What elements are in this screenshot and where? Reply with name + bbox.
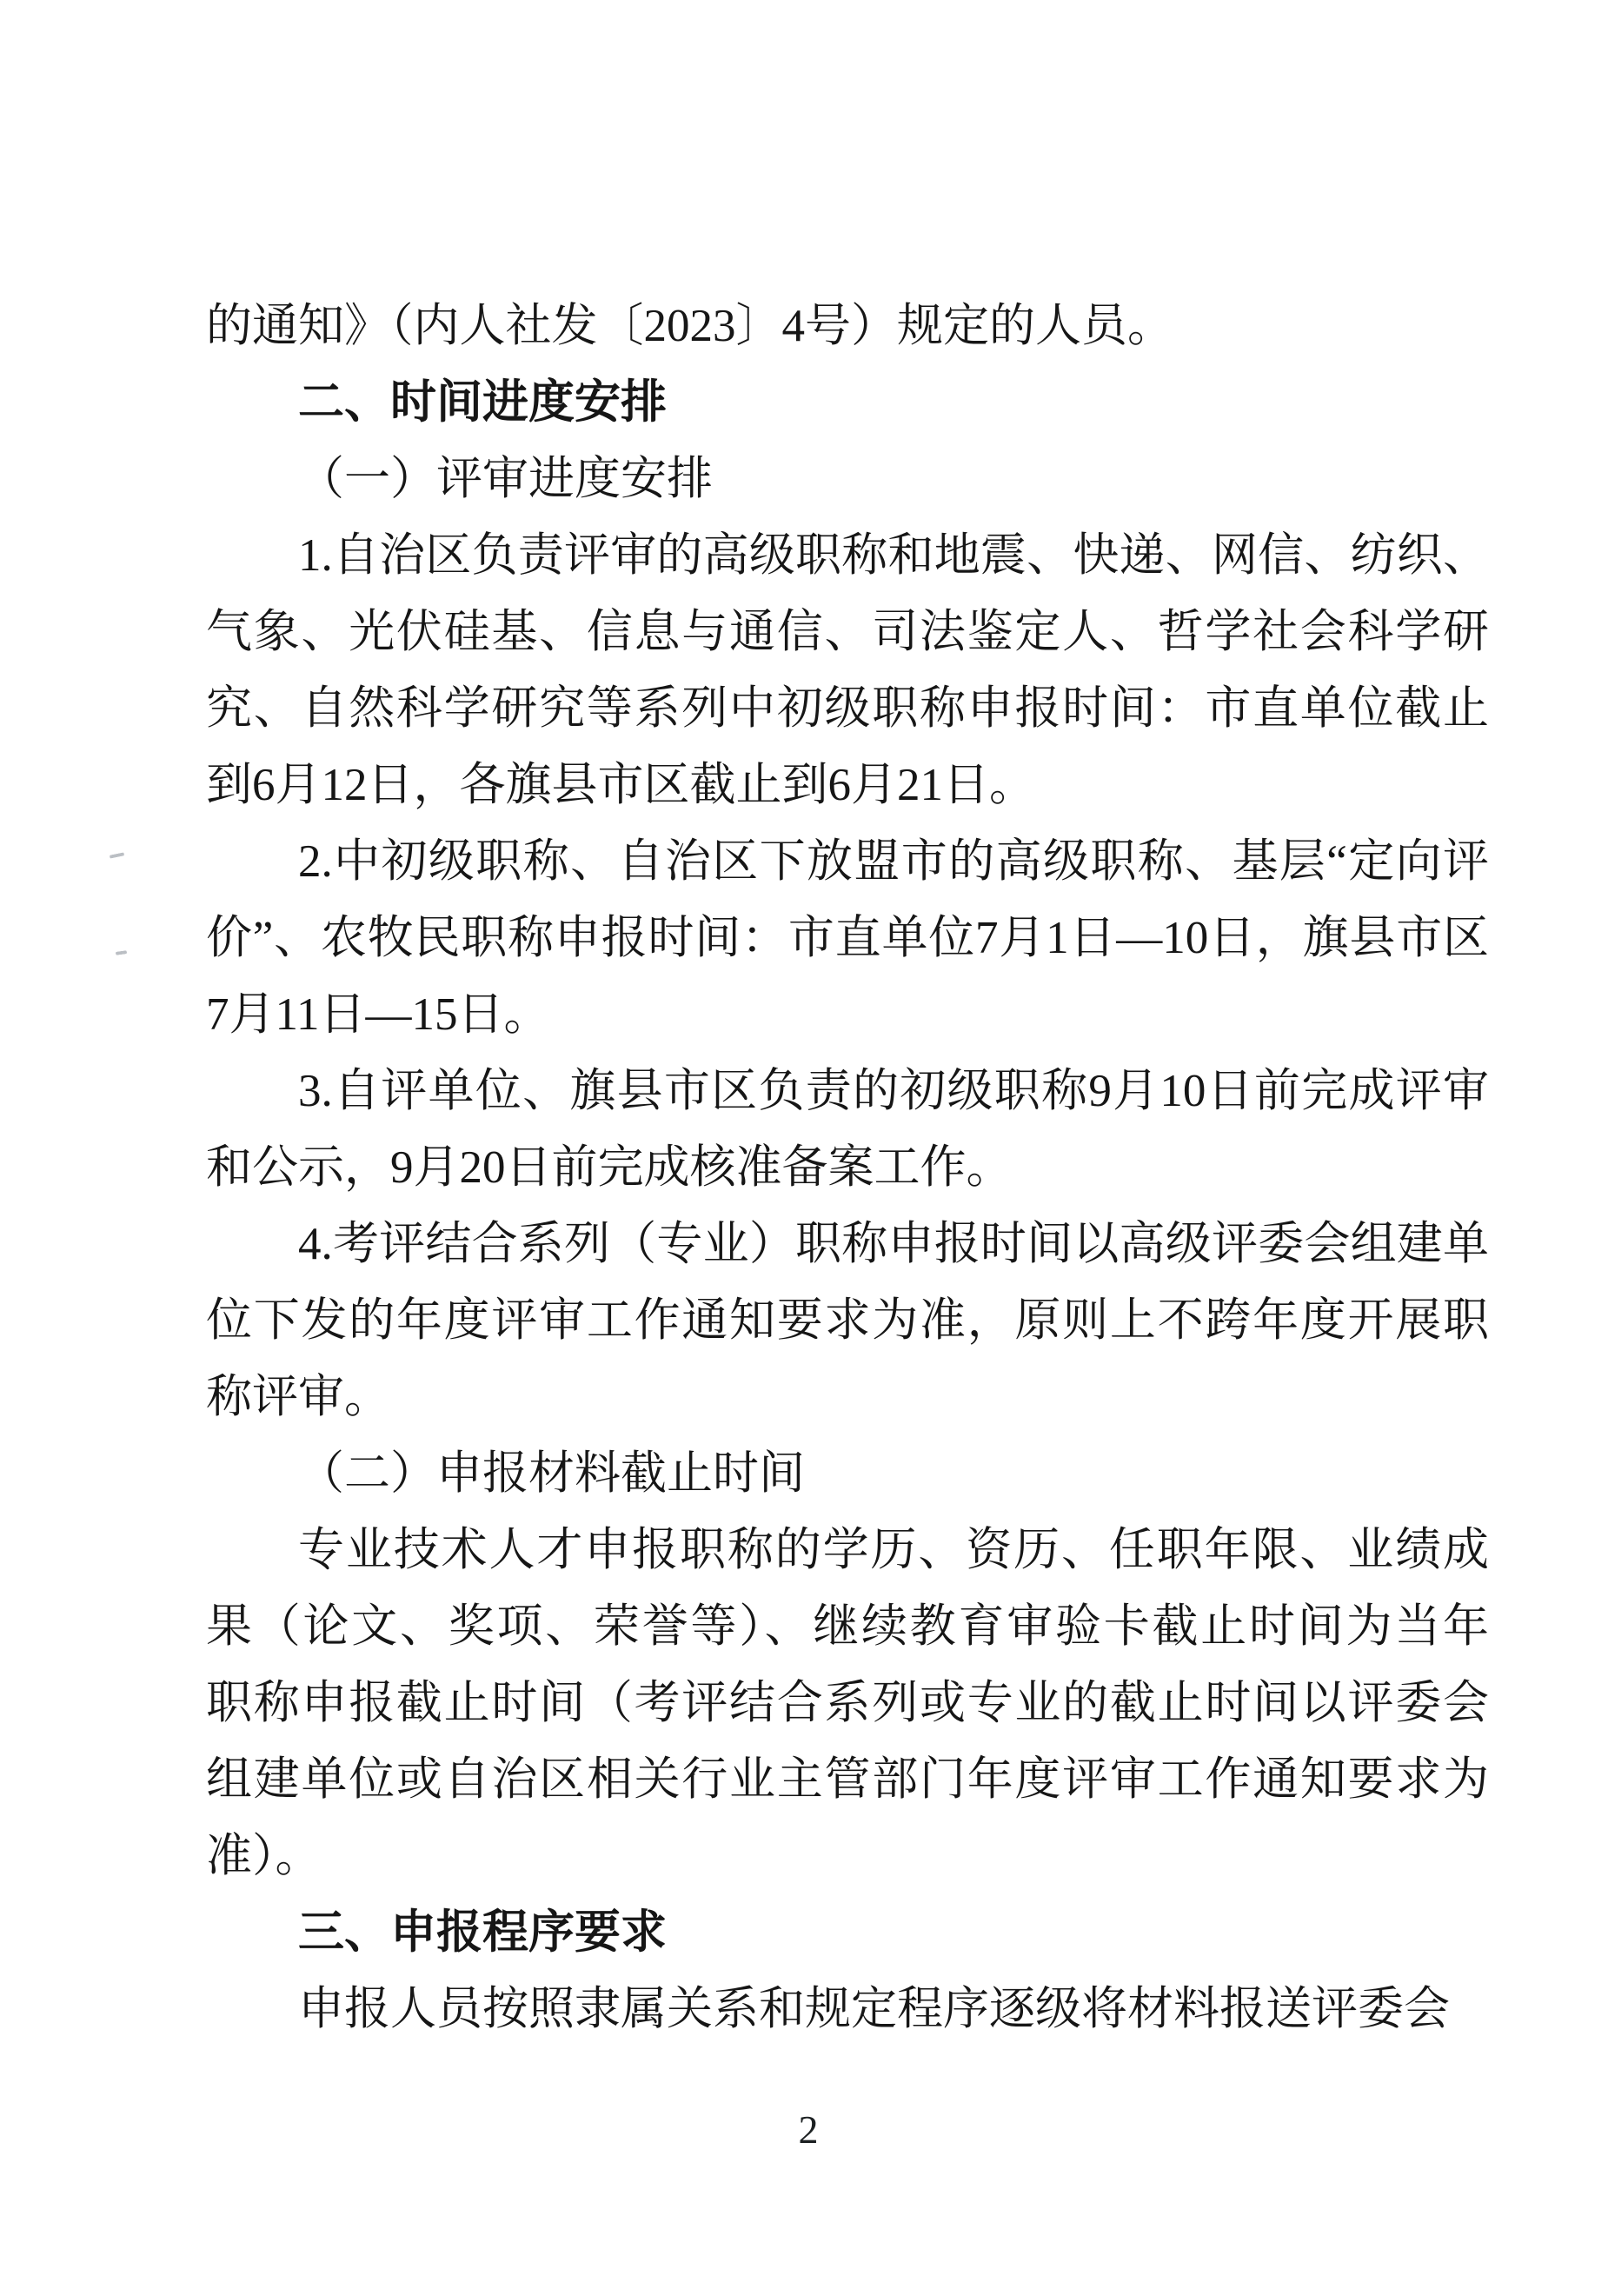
text-line-14: 位下发的年度评审工作通知要求为准，原则上不跨年度开展职: [206, 1282, 1489, 1359]
text-line-12: 和公示，9月20日前完成核准备案工作。: [206, 1129, 1489, 1206]
text-line-13: 4.考评结合系列（专业）职称申报时间以高级评委会组建单: [206, 1206, 1489, 1282]
text-line-7: 到6月12日，各旗县市区截止到6月21日。: [206, 747, 1489, 823]
text-line-16: （二）申报材料截止时间: [206, 1435, 1489, 1512]
document-page: 的通知》（内人社发〔2023〕4号）规定的人员。二、时间进度安排（一）评审进度安…: [0, 0, 1608, 2296]
text-line-11: 3.自评单位、旗县市区负责的初级职称9月10日前完成评审: [206, 1053, 1489, 1129]
text-line-1: 的通知》（内人社发〔2023〕4号）规定的人员。: [206, 288, 1489, 364]
text-line-5: 气象、光伏硅基、信息与通信、司法鉴定人、哲学社会科学研: [206, 594, 1489, 670]
text-line-10: 7月11日—15日。: [206, 976, 1489, 1053]
text-line-3: （一）评审进度安排: [206, 441, 1489, 517]
text-line-19: 职称申报截止时间（考评结合系列或专业的截止时间以评委会: [206, 1665, 1489, 1741]
text-line-2: 二、时间进度安排: [206, 364, 1489, 441]
text-line-20: 组建单位或自治区相关行业主管部门年度评审工作通知要求为: [206, 1741, 1489, 1818]
text-line-9: 价”、农牧民职称申报时间：市直单位7月1日—10日，旗县市区: [206, 900, 1489, 976]
text-line-8: 2.中初级职称、自治区下放盟市的高级职称、基层“定向评: [206, 823, 1489, 900]
text-line-18: 果（论文、奖项、荣誉等）、继续教育审验卡截止时间为当年: [206, 1588, 1489, 1665]
text-line-23: 申报人员按照隶属关系和规定程序逐级将材料报送评委会: [206, 1971, 1489, 2047]
document-body: 的通知》（内人社发〔2023〕4号）规定的人员。二、时间进度安排（一）评审进度安…: [206, 288, 1489, 2047]
page-number: 2: [4, 2107, 1608, 2153]
text-line-6: 究、自然科学研究等系列中初级职称申报时间：市直单位截止: [206, 670, 1489, 747]
text-line-15: 称评审。: [206, 1359, 1489, 1435]
text-line-4: 1.自治区负责评审的高级职称和地震、快递、网信、纺织、: [206, 517, 1489, 594]
text-line-21: 准）。: [206, 1818, 1489, 1894]
pencil-mark-left-1: [110, 852, 124, 858]
pencil-mark-left-2: [116, 950, 127, 955]
text-line-17: 专业技术人才申报职称的学历、资历、任职年限、业绩成: [206, 1512, 1489, 1588]
text-line-22: 三、申报程序要求: [206, 1894, 1489, 1971]
